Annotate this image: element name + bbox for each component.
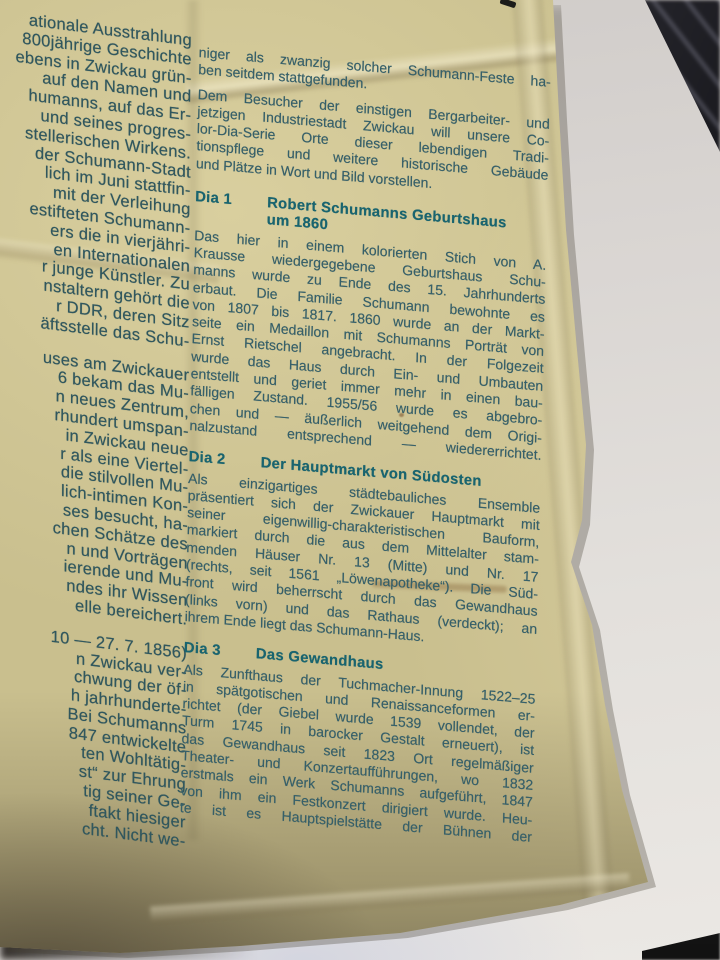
dia-3-label: Dia 3 [184,640,256,663]
right-column: niger als zwanzig solcher Schumann-Feste… [180,44,551,846]
dia-1-paragraph: Das hier in einem kolorierten Stich von … [189,227,546,464]
left-column: ationale Ausstrahlung800jährige Geschich… [0,2,192,866]
dia-2-section: Dia 2 Der Hauptmarkt von Südosten Als ei… [184,449,540,655]
dia-2-label: Dia 2 [188,449,260,472]
left-paragraph-2: uses am Zwickauer6 bekam das Mu-n neues … [0,337,189,630]
ink-speck [499,0,516,8]
photo-scene: ationale Ausstrahlung800jährige Geschich… [0,0,720,960]
dia-2-paragraph: Als einzigartiges städtebauliches Ensemb… [184,470,540,656]
left-paragraph-3: 10 — 27. 7. 1856)n Zwickau ver-chwung de… [0,615,187,852]
dia-1-section: Dia 1 Robert Schumanns Geburtshaus um 18… [189,189,547,464]
left-paragraph-1: ationale Ausstrahlung800jährige Geschich… [0,2,192,351]
dia-3-paragraph: Als Zunfthaus der Tuchmacher-Innung 1522… [180,661,536,847]
dia-1-label: Dia 1 [195,189,267,212]
dia-3-section: Dia 3 Das Gewandhaus Als Zunfthaus der T… [180,640,536,846]
